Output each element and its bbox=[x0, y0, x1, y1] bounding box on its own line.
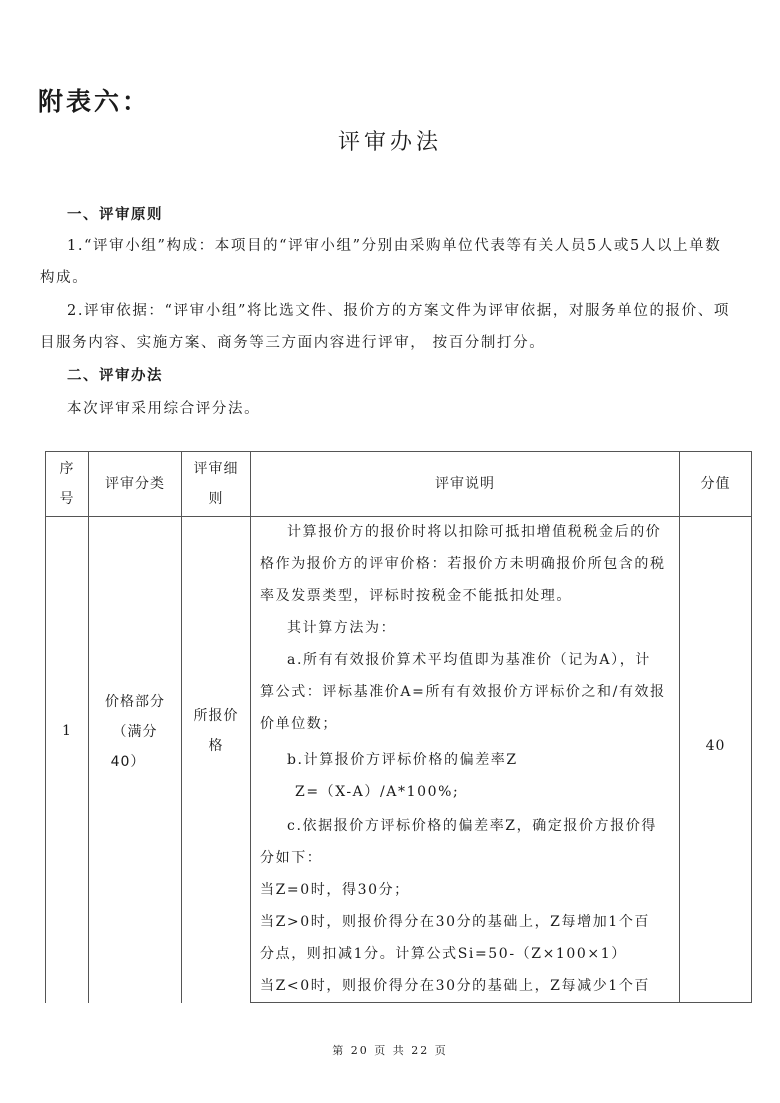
description-line: 当Z>0时，则报价得分在30分的基础上，Z每增加1个百 bbox=[260, 912, 650, 932]
paragraph-item1-line2: 构成。 bbox=[40, 266, 88, 287]
table-border-bottom-partial bbox=[250, 1002, 752, 1003]
paragraph-method: 本次评审采用综合评分法。 bbox=[67, 397, 260, 418]
description-line: 其计算方法为： bbox=[287, 618, 396, 638]
document-title: 评审办法 bbox=[0, 125, 780, 156]
description-line: 分点，则扣减1分。计算公式Si=50-（Z×100×1） bbox=[260, 944, 627, 964]
section-heading-principles: 一、评审原则 bbox=[67, 203, 163, 224]
row1-category: 价格部分 （满分 40） bbox=[89, 686, 181, 778]
row1-score: 40 bbox=[680, 731, 751, 761]
row1-description: 计算报价方的报价时将以扣除可抵扣增值税税金后的价 格作为报价方的评审价格：若报价… bbox=[251, 517, 679, 1002]
description-line: 分如下： bbox=[260, 848, 322, 868]
description-line: 格作为报价方的评审价格：若报价方未明确报价所包含的税 bbox=[260, 554, 666, 574]
header-no: 序 号 bbox=[46, 452, 88, 516]
table-border-right bbox=[751, 451, 752, 1003]
annex-label: 附表六： bbox=[38, 82, 150, 118]
description-line: 率及发票类型，评标时按税金不能抵扣处理。 bbox=[260, 586, 572, 606]
row1-category-line3: 40） bbox=[111, 747, 146, 777]
header-detail: 评审细 则 bbox=[182, 452, 250, 516]
row1-category-line2: （满分 bbox=[113, 717, 158, 747]
description-line: 当Z=0时，得30分； bbox=[260, 880, 410, 900]
row1-detail-line1: 所报价 bbox=[194, 701, 239, 731]
evaluation-table: 序 号 评审分类 评审细 则 评审说明 分值 1 价格部分 （满分 40） 所报… bbox=[45, 451, 752, 1003]
header-detail-line2: 则 bbox=[209, 484, 224, 514]
header-score: 分值 bbox=[680, 452, 751, 516]
header-description: 评审说明 bbox=[251, 452, 679, 516]
description-line: 算公式：评标基准价A=所有有效报价方评标价之和/有效报 bbox=[260, 682, 666, 702]
section-heading-method: 二、评审办法 bbox=[67, 364, 163, 385]
description-line: a.所有有效报价算术平均值即为基准价（记为A），计 bbox=[287, 650, 651, 670]
paragraph-item2-line1: 2.评审依据：“评审小组”将比选文件、报价方的方案文件为评审依据，对服务单位的报… bbox=[67, 299, 730, 320]
description-line: 当Z<0时，则报价得分在30分的基础上，Z每减少1个百 bbox=[260, 976, 650, 996]
row1-no: 1 bbox=[46, 701, 88, 761]
row1-detail-line2: 格 bbox=[209, 731, 224, 761]
row1-category-line1: 价格部分 bbox=[105, 687, 165, 717]
header-no-line1: 序 bbox=[60, 454, 75, 484]
description-line: c.依据报价方评标价格的偏差率Z，确定报价方报价得 bbox=[287, 816, 657, 836]
paragraph-item2-line2: 目服务内容、实施方案、商务等三方面内容进行评审， 按百分制打分。 bbox=[40, 331, 545, 352]
description-line: Z=（X-A）/A*100%; bbox=[295, 782, 459, 802]
header-no-line2: 号 bbox=[60, 484, 75, 514]
description-line: 计算报价方的报价时将以扣除可抵扣增值税税金后的价 bbox=[287, 522, 661, 542]
row1-detail: 所报价 格 bbox=[182, 699, 250, 763]
header-detail-line1: 评审细 bbox=[194, 454, 239, 484]
header-category: 评审分类 bbox=[89, 452, 181, 516]
description-line: b.计算报价方评标价格的偏差率Z bbox=[287, 750, 518, 770]
description-line: 价单位数； bbox=[260, 714, 338, 734]
paragraph-item1-line1: 1.“评审小组”构成：本项目的“评审小组”分别由采购单位代表等有关人员5人或5人… bbox=[67, 234, 721, 255]
page-number-footer: 第 20 页 共 22 页 bbox=[0, 1042, 780, 1058]
table-divider-col4 bbox=[679, 451, 680, 1003]
